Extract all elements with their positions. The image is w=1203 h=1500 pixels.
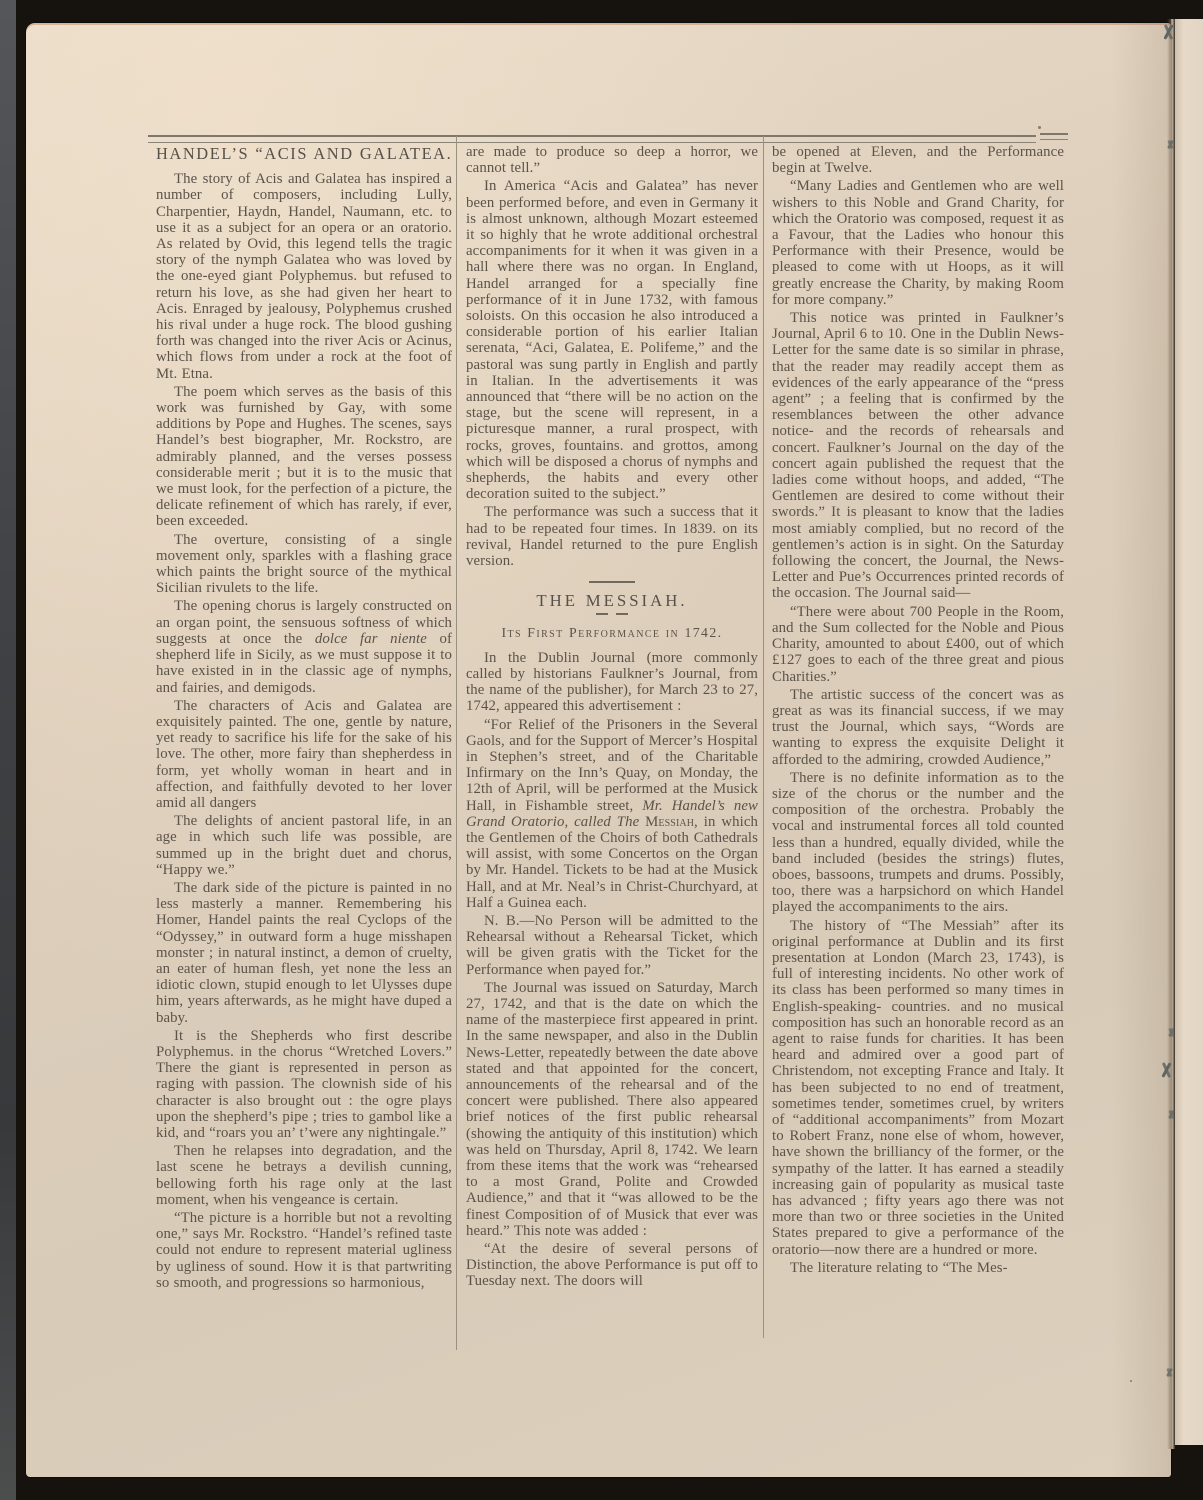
paragraph: “At the desire of several persons of Dis… [466,1241,758,1290]
paragraph: The Journal was issued on Saturday, Marc… [466,980,758,1239]
column-center: are made to produce so deep a horror, we… [466,144,758,1384]
paragraph: The dark side of the picture is painted … [156,880,452,1026]
ink-speck [1130,1380,1132,1382]
scanned-program-page: HANDEL’S “ACIS AND GALATEA.” The story o… [0,0,1203,1500]
next-page-edge [1175,19,1203,1445]
paragraph: The delights of ancient pastoral life, i… [156,813,452,878]
column-right: be opened at Eleven, and the Performance… [772,144,1064,1384]
paragraph: “For Relief of the Prisoners in the Seve… [466,717,758,911]
header-rule-segment [1040,133,1068,140]
paragraph: The performance was such a success that … [466,504,758,569]
header-rule [148,135,1036,143]
paragraph: “There were about 700 People in the Room… [772,604,1064,685]
paragraph: In America “Acis and Galatea” has never … [466,178,758,502]
small-caps-word: Messiah [645,814,694,830]
book-cover-edge [0,0,16,1500]
paragraph: The story of Acis and Galatea has inspir… [156,171,452,382]
paragraph: N. B.—No Person will be admitted to the … [466,913,758,978]
page: HANDEL’S “ACIS AND GALATEA.” The story o… [26,23,1171,1477]
paragraph: The overture, consisting of a single mov… [156,532,452,597]
binding-stitch [1160,1062,1172,1078]
binding-stitch [1165,1028,1173,1037]
paragraph: This notice was printed in Faulkner’s Jo… [772,310,1064,602]
paragraph: “The picture is a horrible but not a rev… [156,1210,452,1291]
section-subheading: Its First Performance in 1742. [466,625,758,641]
column-separator [763,136,764,1338]
binding-stitch [1165,1110,1173,1119]
paragraph: The opening chorus is largely constructe… [156,598,452,695]
ink-speck [1038,126,1041,129]
section-divider [589,581,635,583]
column-separator [456,136,457,1350]
paragraph: be opened at Eleven, and the Performance… [772,144,1064,176]
paragraph: There is no definite information as to t… [772,770,1064,916]
paragraph: The history of “The Messiah” after its o… [772,918,1064,1258]
paragraph: The characters of Acis and Galatea are e… [156,698,452,811]
paragraph: The poem which serves as the basis of th… [156,384,452,530]
binding-seam [1167,19,1175,1449]
paragraph: are made to produce so deep a horror, we… [466,144,758,176]
paragraph: “Many Ladies and Gentlemen who are well … [772,178,1064,308]
article-heading: HANDEL’S “ACIS AND GALATEA.” [156,146,452,162]
paragraph: In the Dublin Journal (more commonly cal… [466,650,758,715]
italic-phrase: dolce far niente [315,631,427,647]
column-left: HANDEL’S “ACIS AND GALATEA.” The story o… [156,144,452,1384]
paragraph: The literature relating to “The Mes- [772,1260,1064,1276]
paragraph: It is the Shepherds who first describe P… [156,1028,452,1141]
section-divider [596,613,628,615]
binding-stitch [1163,1368,1171,1377]
binding-stitch [1164,140,1172,149]
paragraph: The artistic success of the concert was … [772,687,1064,768]
binding-stitch [1162,24,1174,40]
section-heading: THE MESSIAH. [466,593,758,609]
paragraph: Then he relapses into degradation, and t… [156,1143,452,1208]
